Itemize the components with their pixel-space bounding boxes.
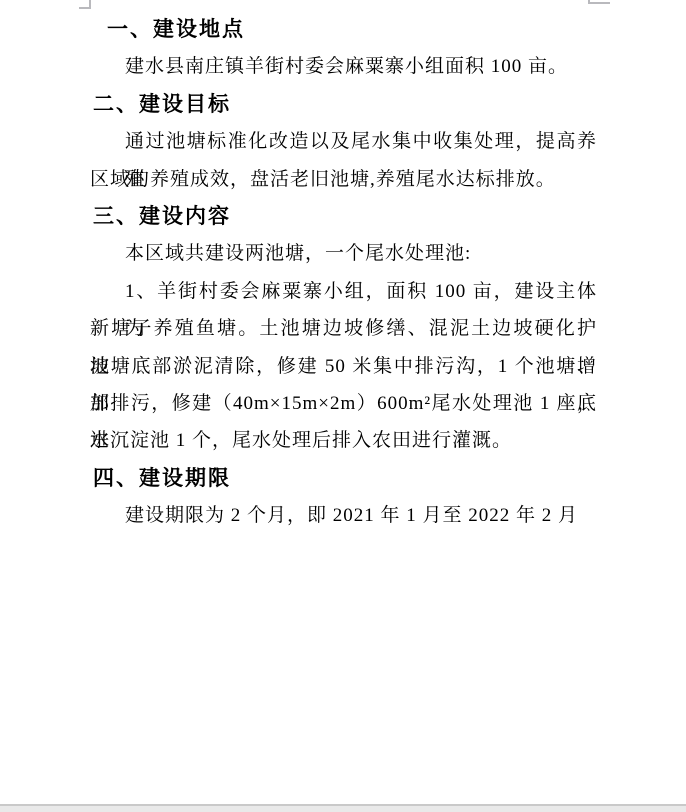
body-line: 建水县南庄镇羊街村委会麻粟寨小组面积 100 亩。 [90, 48, 597, 85]
body-line: 区域的养殖成效，盘活老旧池塘,养殖尾水达标排放。 [90, 161, 597, 198]
body-line: 通过池塘标准化改造以及尾水集中收集处理，提高养殖 [90, 123, 597, 160]
body-line: 建设期限为 2 个月，即 2021 年 1 月至 2022 年 2 月 [90, 497, 597, 534]
section-heading-1: 一、建设地点 [90, 11, 597, 48]
section-heading-3: 三、建设内容 [90, 198, 597, 235]
document-page: 一、建设地点 建水县南庄镇羊街村委会麻粟寨小组面积 100 亩。 二、建设目标 … [0, 0, 686, 812]
text-boundary-mark-left [89, 0, 91, 9]
text-boundary-mark-right [588, 2, 610, 4]
document-text-block: 一、建设地点 建水县南庄镇羊街村委会麻粟寨小组面积 100 亩。 二、建设目标 … [90, 11, 597, 534]
body-line: 池塘底部淤泥清除，修建 50 米集中排污沟，1 个池塘增加底 [90, 348, 597, 385]
body-line: 1、羊街村委会麻粟寨小组，面积 100 亩，建设主体为 [90, 273, 597, 310]
body-line: 部排污，修建（40m×15m×2m）600m²尾水处理池 1 座，进 [90, 385, 597, 422]
section-heading-2: 二、建设目标 [90, 86, 597, 123]
page-bottom-workspace [0, 806, 686, 812]
body-line: 新塘子养殖鱼塘。土池塘边坡修缮、混泥土边坡硬化护坡、 [90, 310, 597, 347]
body-line: 水沉淀池 1 个，尾水处理后排入农田进行灌溉。 [90, 422, 597, 459]
section-heading-4: 四、建设期限 [90, 460, 597, 497]
body-line: 本区域共建设两池塘，一个尾水处理池: [90, 235, 597, 272]
